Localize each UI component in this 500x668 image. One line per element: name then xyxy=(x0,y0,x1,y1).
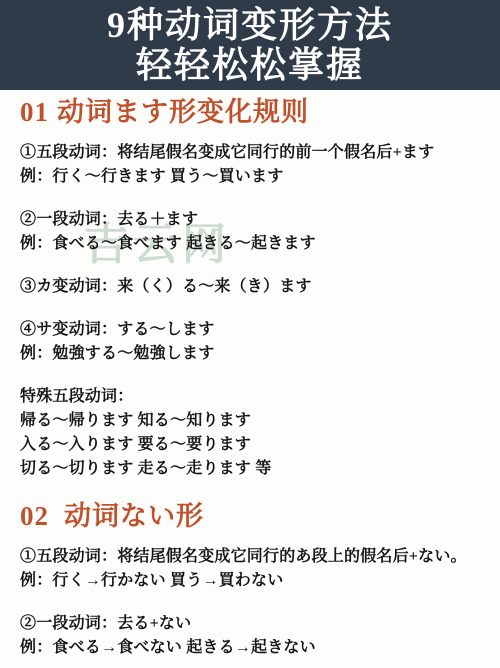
rule-block-ichidan-masu: ②一段动词：去る＋ます 例：食べる～食べます 起きる～起きます xyxy=(20,208,500,256)
example-line: 例：食べる→食べない 起きる→起きない xyxy=(20,636,500,660)
example-line: 例：食べる～食べます 起きる～起きます xyxy=(20,232,500,256)
rule-block-special-godan: 特殊五段动词： 帰る～帰ります 知る～知ります 入る～入ります 要る～要ります … xyxy=(20,385,500,481)
rule-line: ④サ变动词：する～します xyxy=(20,318,500,342)
rule-line: ②一段动词：去る＋ます xyxy=(20,208,500,232)
example-line: 例：行く～行きます 買う～買います xyxy=(20,165,500,189)
rule-block-ichidan-nai: ②一段动词：去る+ない 例：食べる→食べない 起きる→起きない xyxy=(20,612,500,660)
section-01-heading: 动词ます形变化规则 xyxy=(57,97,309,127)
rule-block-godan-masu: ①五段动词：将结尾假名变成它同行的前一个假名后+ます 例：行く～行きます 買う～… xyxy=(20,141,500,189)
example-line: 帰る～帰ります 知る～知ります xyxy=(20,409,500,433)
section-02-number: 02 xyxy=(20,501,49,531)
rule-block-sahen-masu: ④サ变动词：する～します 例：勉強する～勉強します xyxy=(20,318,500,366)
rule-line: ①五段动词：将结尾假名变成它同行的前一个假名后+ます xyxy=(20,141,500,165)
rule-line: ③カ变动词：来（く）る～来（き）ます xyxy=(20,275,500,299)
example-line: 例：勉強する～勉強します xyxy=(20,342,500,366)
section-02-title: 02动词ない形 xyxy=(20,500,500,532)
section-01-number: 01 xyxy=(20,97,49,127)
page-title-line2: 轻轻松松掌握 xyxy=(136,45,364,85)
example-line: 切る～切ります 走る～走ります 等 xyxy=(20,457,500,481)
rule-line: ②一段动词：去る+ない xyxy=(20,612,500,636)
section-02-heading: 动词ない形 xyxy=(64,501,204,531)
study-card-page: 9种动词变形方法 轻轻松松掌握 吉云网 01动词ます形变化规则 ①五段动词：将结… xyxy=(0,0,500,668)
rule-line: ①五段动词：将结尾假名变成它同行的あ段上的假名后+ない。 xyxy=(20,545,500,569)
page-title-line1: 9种动词变形方法 xyxy=(107,5,393,45)
rule-block-godan-nai: ①五段动词：将结尾假名变成它同行的あ段上的假名后+ない。 例：行く→行かない 買… xyxy=(20,545,500,593)
rule-line: 特殊五段动词： xyxy=(20,385,500,409)
rule-block-kahen-masu: ③カ变动词：来（く）る～来（き）ます xyxy=(20,275,500,299)
content-area: 吉云网 01动词ます形变化规则 ①五段动词：将结尾假名变成它同行的前一个假名后+… xyxy=(0,90,500,660)
example-line: 例：行く→行かない 買う→買わない xyxy=(20,569,500,593)
title-banner: 9种动词变形方法 轻轻松松掌握 xyxy=(0,0,500,90)
example-line: 入る～入ります 要る～要ります xyxy=(20,433,500,457)
section-01-title: 01动词ます形变化规则 xyxy=(20,96,500,128)
